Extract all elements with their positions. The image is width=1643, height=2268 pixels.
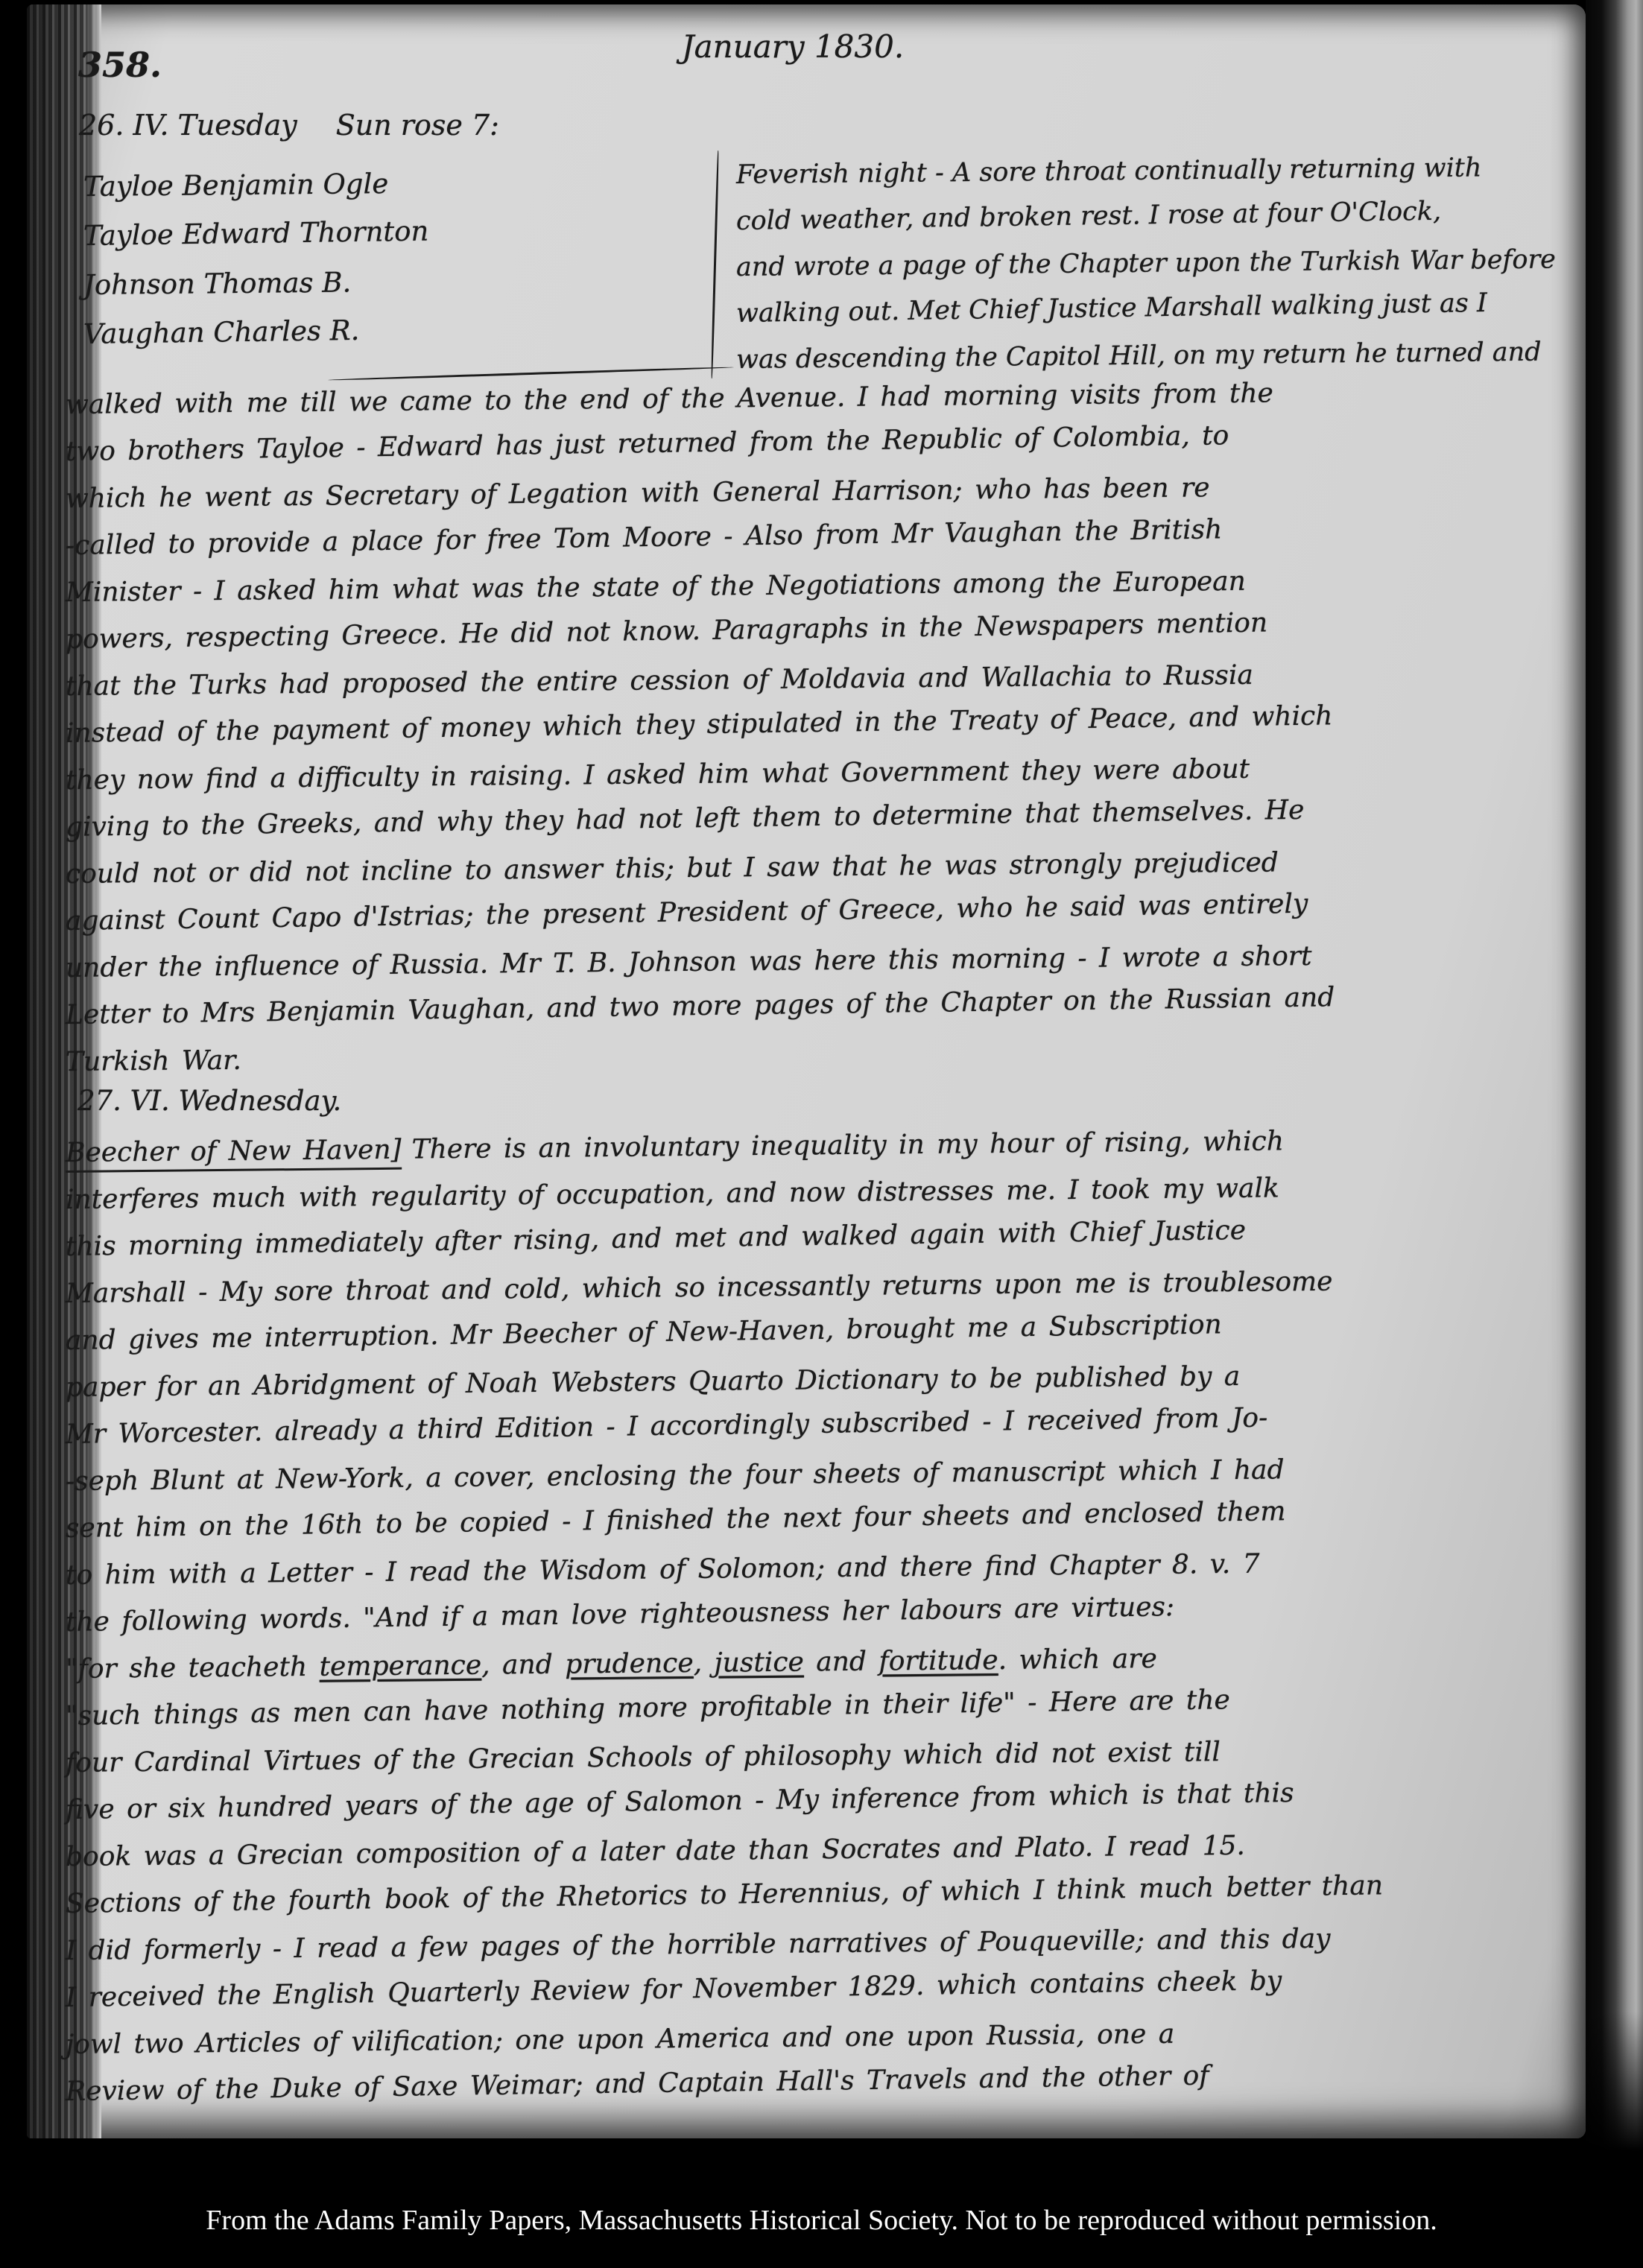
margin-note-beecher: Beecher of New Haven]	[66, 1135, 402, 1173]
footer-credit: From the Adams Family Papers, Massachuse…	[0, 2204, 1643, 2237]
entry-26-heading: 26. IV. TuesdaySun rose 7:	[79, 109, 499, 142]
visitor-name: Tayloe Benjamin Ogle	[83, 159, 429, 212]
scanned-diary-screenshot: { "page": { "number": "358.", "month_hea…	[0, 0, 1643, 2268]
entry-27-first-line: There is an involuntary inequality in my…	[411, 1126, 1284, 1165]
month-header: January 1830.	[0, 28, 1586, 65]
entry-27-heading: 27. VI. Wednesday.	[77, 1085, 341, 1117]
entry-27-body: Beecher of New Haven]There is an involun…	[66, 1130, 1383, 2115]
visitor-name: Johnson Thomas B.	[83, 258, 429, 310]
visitor-names-list: Tayloe Benjamin OgleTayloe Edward Thornt…	[83, 162, 428, 359]
visitor-name: Vaughan Charles R.	[83, 305, 429, 359]
entry-26-opening-lines: Feverish night - A sore throat continual…	[736, 152, 1556, 383]
entry-27-body-lines: interferes much with regularity of occup…	[66, 1176, 1383, 2115]
entry-26-date: 26. IV. Tuesday	[79, 109, 297, 142]
sun-rose-note: Sun rose 7:	[336, 109, 499, 142]
facing-page-edge	[1586, 0, 1643, 2176]
entry-26-body: walked with me till we came to the end o…	[66, 381, 1335, 1086]
visitor-name: Tayloe Edward Thornton	[83, 207, 429, 261]
